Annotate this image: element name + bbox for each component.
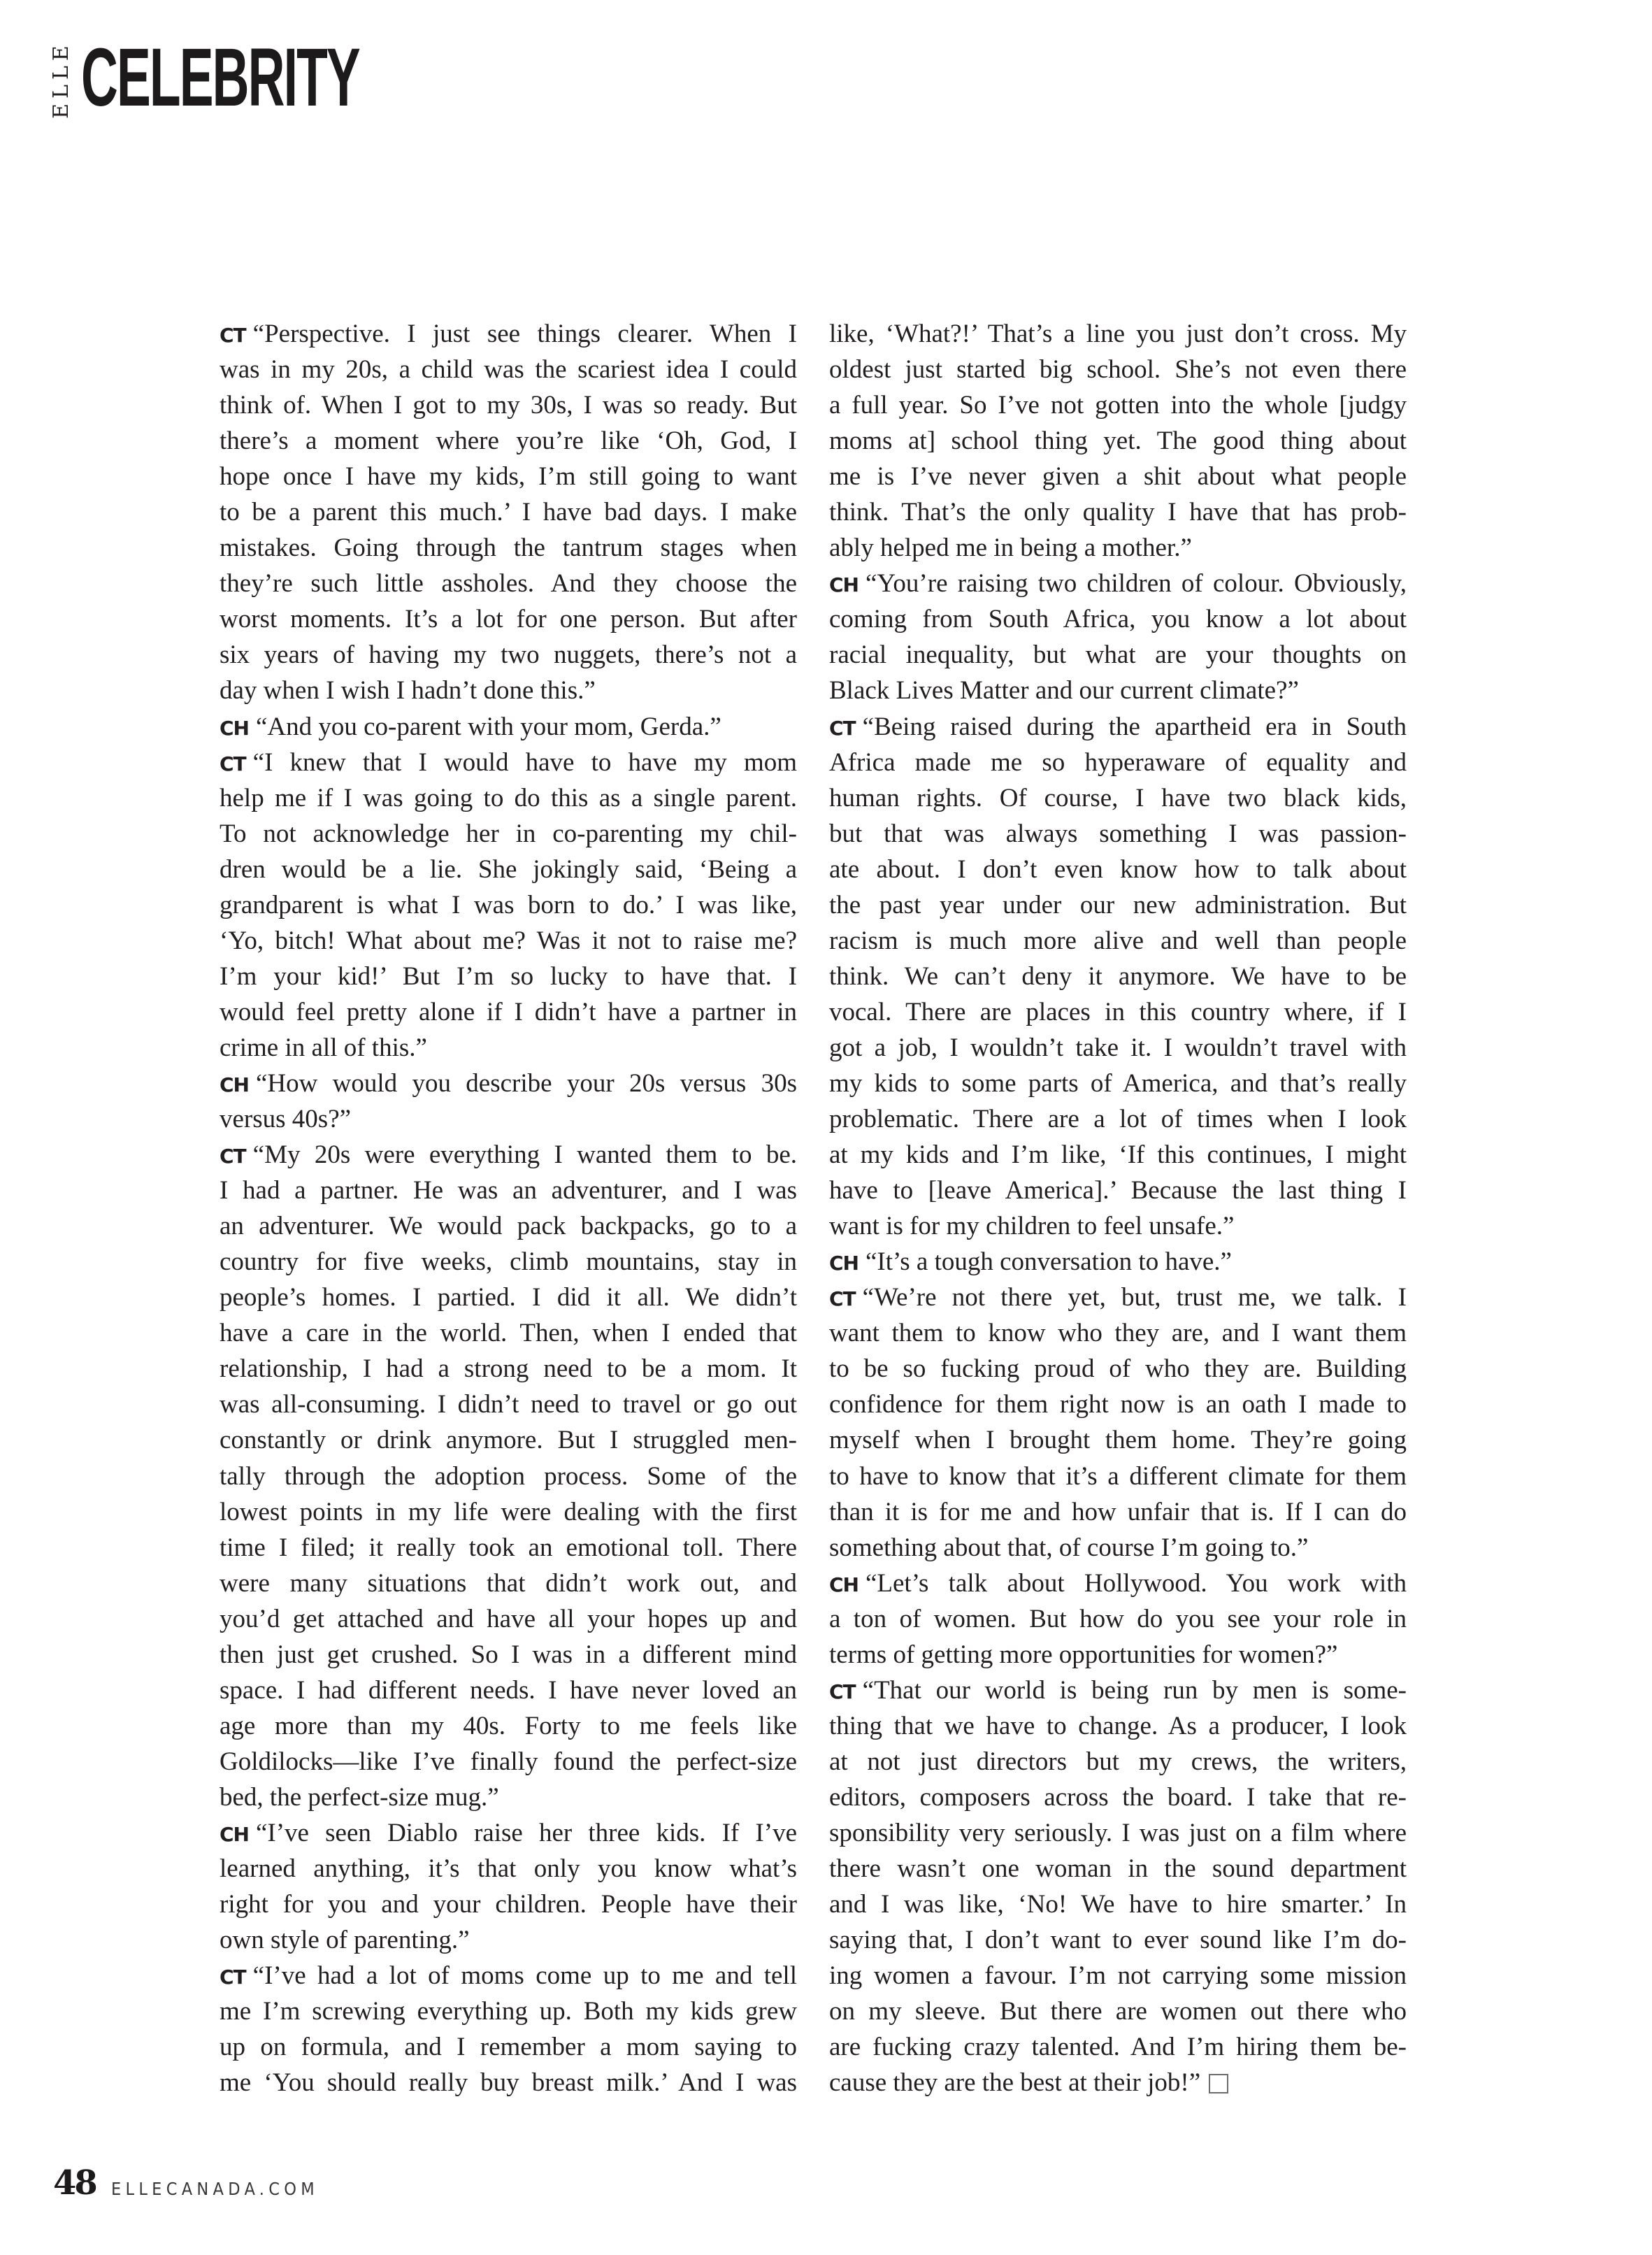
line-text: day when I wish I hadn’t done this.” — [220, 676, 596, 705]
text-line: me is I’ve never given a shit about what… — [829, 459, 1407, 494]
line-text: “That our world is being run by men is s… — [863, 1676, 1407, 1705]
text-column-left: CT“Perspective. I just see things cleare… — [220, 316, 797, 2100]
line-text: “I’ve had a lot of moms come up to me an… — [253, 1961, 797, 1990]
text-line: like, ‘What?!’ That’s a line you just do… — [829, 316, 1407, 352]
text-line: age more than my 40s. Forty to me feels … — [220, 1708, 797, 1744]
elle-logo-vertical: ELLE — [46, 43, 77, 116]
text-line: space. I had different needs. I have nev… — [220, 1673, 797, 1708]
text-line: constantly or drink anymore. But I strug… — [220, 1422, 797, 1458]
line-text: there wasn’t one woman in the sound depa… — [829, 1854, 1407, 1883]
line-text: ably helped me in being a mother.” — [829, 534, 1192, 562]
text-line: would feel pretty alone if I didn’t have… — [220, 994, 797, 1030]
line-text: want is for my children to feel unsafe.” — [829, 1212, 1234, 1240]
text-line: the past year under our new administrati… — [829, 887, 1407, 923]
text-line: have to [leave America].’ Because the la… — [829, 1173, 1407, 1208]
text-line: CT“I knew that I would have to have my m… — [220, 745, 797, 780]
text-line: think. We can’t deny it anymore. We have… — [829, 959, 1407, 994]
text-line: To not acknowledge her in co-parenting m… — [220, 816, 797, 852]
text-line: help me if I was going to do this as a s… — [220, 780, 797, 816]
line-text: at my kids and I’m like, ‘If this contin… — [829, 1140, 1407, 1169]
line-text: space. I had different needs. I have nev… — [220, 1676, 797, 1705]
text-line: got a job, I wouldn’t take it. I wouldn’… — [829, 1030, 1407, 1066]
line-text: hope once I have my kids, I’m still goin… — [220, 462, 797, 491]
text-line: CT“That our world is being run by men is… — [829, 1673, 1407, 1708]
line-text: an adventurer. We would pack backpacks, … — [220, 1212, 797, 1240]
text-line: oldest just started big school. She’s no… — [829, 352, 1407, 387]
line-text: worst moments. It’s a lot for one person… — [220, 605, 797, 633]
text-line: ‘Yo, bitch! What about me? Was it not to… — [220, 923, 797, 959]
text-line: Goldilocks—like I’ve finally found the p… — [220, 1744, 797, 1780]
text-line: you’d get attached and have all your hop… — [220, 1601, 797, 1637]
text-line: bed, the perfect-size mug.” — [220, 1780, 797, 1815]
line-text: a full year. So I’ve not gotten into the… — [829, 391, 1407, 420]
text-line: moms at] school thing yet. The good thin… — [829, 423, 1407, 459]
text-line: racism is much more alive and well than … — [829, 923, 1407, 959]
line-text: are fucking crazy talented. And I’m hiri… — [829, 2033, 1407, 2061]
text-line: Black Lives Matter and our current clima… — [829, 673, 1407, 708]
speaker-label: CH — [220, 1823, 249, 1846]
line-text: racial inequality, but what are your tho… — [829, 640, 1407, 669]
line-text: cause they are the best at their job!” — [829, 2068, 1200, 2097]
line-text: Goldilocks—like I’ve finally found the p… — [220, 1747, 797, 1776]
line-text: thing that we have to change. As a produ… — [829, 1712, 1407, 1740]
speaker-label: CT — [829, 1287, 856, 1310]
line-text: to have to know that it’s a different cl… — [829, 1462, 1407, 1491]
text-line: to have to know that it’s a different cl… — [829, 1459, 1407, 1494]
speaker-label: CT — [220, 752, 246, 775]
text-line: editors, composers across the board. I t… — [829, 1780, 1407, 1815]
line-text: and I was like, ‘No! We have to hire sma… — [829, 1890, 1407, 1919]
text-line: there’s a moment where you’re like ‘Oh, … — [220, 423, 797, 459]
line-text: think of. When I got to my 30s, I was so… — [220, 391, 797, 420]
text-line: sponsibility very seriously. I was just … — [829, 1815, 1407, 1851]
text-line: CH“And you co-parent with your mom, Gerd… — [220, 709, 797, 745]
text-line: versus 40s?” — [220, 1101, 797, 1137]
line-text: “I knew that I would have to have my mom — [253, 748, 797, 777]
line-text: I’m your kid!’ But I’m so lucky to have … — [220, 962, 797, 991]
text-line: Africa made me so hyperaware of equality… — [829, 745, 1407, 780]
speaker-label: CT — [220, 1966, 246, 1989]
line-text: editors, composers across the board. I t… — [829, 1783, 1407, 1812]
text-line: mistakes. Going through the tantrum stag… — [220, 530, 797, 566]
text-line: I’m your kid!’ But I’m so lucky to have … — [220, 959, 797, 994]
website-url: ELLECANADA.COM — [111, 2180, 319, 2198]
text-line: CT“We’re not there yet, but, trust me, w… — [829, 1280, 1407, 1315]
text-line: at my kids and I’m like, ‘If this contin… — [829, 1137, 1407, 1173]
line-text: got a job, I wouldn’t take it. I wouldn’… — [829, 1033, 1407, 1062]
text-line: crime in all of this.” — [220, 1030, 797, 1066]
line-text: ing women a favour. I’m not carrying som… — [829, 1961, 1407, 1990]
text-line: were many situations that didn’t work ou… — [220, 1566, 797, 1601]
speaker-label: CT — [829, 717, 856, 740]
line-text: versus 40s?” — [220, 1105, 351, 1133]
line-text: were many situations that didn’t work ou… — [220, 1569, 797, 1598]
line-text: to be a parent this much.’ I have bad da… — [220, 498, 797, 527]
line-text: grandparent is what I was born to do.’ I… — [220, 891, 797, 919]
line-text: time I filed; it really took an emotiona… — [220, 1533, 797, 1562]
line-text: “Being raised during the apartheid era i… — [863, 713, 1407, 741]
section-title: CELEBRITY — [81, 36, 359, 119]
text-line: coming from South Africa, you know a lot… — [829, 601, 1407, 637]
line-text: at not just directors but my crews, the … — [829, 1747, 1407, 1776]
line-text: would feel pretty alone if I didn’t have… — [220, 998, 797, 1026]
text-line: worst moments. It’s a lot for one person… — [220, 601, 797, 637]
line-text: “Let’s talk about Hollywood. You work wi… — [865, 1569, 1407, 1598]
text-line: human rights. Of course, I have two blac… — [829, 780, 1407, 816]
text-line: are fucking crazy talented. And I’m hiri… — [829, 2029, 1407, 2065]
line-text: me is I’ve never given a shit about what… — [829, 462, 1407, 491]
line-text: coming from South Africa, you know a lot… — [829, 605, 1407, 633]
text-line: people’s homes. I partied. I did it all.… — [220, 1280, 797, 1315]
line-text: to be so fucking proud of who they are. … — [829, 1354, 1407, 1383]
page-number: 48 — [53, 2166, 96, 2200]
text-line: want is for my children to feel unsafe.” — [829, 1208, 1407, 1244]
text-line: a full year. So I’ve not gotten into the… — [829, 387, 1407, 423]
line-text: “Perspective. I just see things clearer.… — [253, 320, 797, 348]
line-text: “I’ve seen Diablo raise her three kids. … — [256, 1819, 797, 1847]
speaker-label: CH — [220, 1073, 249, 1096]
text-line: CT“I’ve had a lot of moms come up to me … — [220, 1958, 797, 1993]
line-text: “It’s a tough conversation to have.” — [865, 1247, 1232, 1276]
line-text: ate about. I don’t even know how to talk… — [829, 855, 1407, 884]
page-footer: 48 ELLECANADA.COM — [53, 2168, 342, 2200]
line-text: have to [leave America].’ Because the la… — [829, 1176, 1407, 1205]
text-line: hope once I have my kids, I’m still goin… — [220, 459, 797, 494]
speaker-label: CT — [829, 1680, 856, 1703]
line-text: “You’re raising two children of colour. … — [865, 569, 1407, 598]
line-text: “We’re not there yet, but, trust me, we … — [863, 1283, 1407, 1312]
line-text: human rights. Of course, I have two blac… — [829, 784, 1407, 812]
line-text: was in my 20s, a child was the scariest … — [220, 355, 797, 384]
line-text: was all-consuming. I didn’t need to trav… — [220, 1390, 797, 1419]
text-line: me ‘You should really buy breast milk.’ … — [220, 2065, 797, 2100]
line-text: up on formula, and I remember a mom sayi… — [220, 2033, 797, 2061]
line-text: sponsibility very seriously. I was just … — [829, 1819, 1407, 1847]
text-line: there wasn’t one woman in the sound depa… — [829, 1851, 1407, 1887]
text-line: was in my 20s, a child was the scariest … — [220, 352, 797, 387]
text-line: day when I wish I hadn’t done this.” — [220, 673, 797, 708]
text-line: think. That’s the only quality I have th… — [829, 494, 1407, 530]
end-of-article-square-icon — [1209, 2074, 1228, 2093]
text-line: time I filed; it really took an emotiona… — [220, 1530, 797, 1566]
line-text: learned anything, it’s that only you kno… — [220, 1854, 797, 1883]
line-text: oldest just started big school. She’s no… — [829, 355, 1407, 384]
text-line: want them to know who they are, and I wa… — [829, 1315, 1407, 1351]
speaker-label: CT — [220, 1145, 246, 1168]
speaker-label: CH — [829, 1252, 859, 1275]
text-line: at not just directors but my crews, the … — [829, 1744, 1407, 1780]
line-text: confidence for them right now is an oath… — [829, 1390, 1407, 1419]
line-text: the past year under our new administrati… — [829, 891, 1407, 919]
line-text: on my sleeve. But there are women out th… — [829, 1997, 1407, 2026]
text-line: to be so fucking proud of who they are. … — [829, 1351, 1407, 1387]
line-text: tally through the adoption process. Some… — [220, 1462, 797, 1491]
text-line: an adventurer. We would pack backpacks, … — [220, 1208, 797, 1244]
line-text: ‘Yo, bitch! What about me? Was it not to… — [220, 926, 797, 955]
text-column-right: like, ‘What?!’ That’s a line you just do… — [829, 316, 1407, 2100]
speaker-label: CH — [829, 573, 859, 596]
line-text: there’s a moment where you’re like ‘Oh, … — [220, 427, 797, 455]
line-text: Black Lives Matter and our current clima… — [829, 676, 1299, 705]
line-text: want them to know who they are, and I wa… — [829, 1319, 1407, 1347]
line-text: constantly or drink anymore. But I strug… — [220, 1426, 797, 1454]
text-line: CT“Being raised during the apartheid era… — [829, 709, 1407, 745]
text-line: up on formula, and I remember a mom sayi… — [220, 2029, 797, 2065]
line-text: own style of parenting.” — [220, 1926, 470, 1954]
text-line: grandparent is what I was born to do.’ I… — [220, 887, 797, 923]
line-text: they’re such little assholes. And they c… — [220, 569, 797, 598]
line-text: “My 20s were everything I wanted them to… — [253, 1140, 797, 1169]
speaker-label: CT — [220, 324, 246, 347]
line-text: people’s homes. I partied. I did it all.… — [220, 1283, 797, 1312]
text-line: they’re such little assholes. And they c… — [220, 566, 797, 601]
line-text: me ‘You should really buy breast milk.’ … — [220, 2068, 797, 2097]
line-text: a ton of women. But how do you see your … — [829, 1605, 1407, 1633]
text-line: lowest points in my life were dealing wi… — [220, 1494, 797, 1530]
text-line: CH“You’re raising two children of colour… — [829, 566, 1407, 601]
text-line: dren would be a lie. She jokingly said, … — [220, 852, 797, 887]
text-line: have a care in the world. Then, when I e… — [220, 1315, 797, 1351]
text-line: something about that, of course I’m goin… — [829, 1530, 1407, 1566]
text-line: my kids to some parts of America, and th… — [829, 1066, 1407, 1101]
text-line: ing women a favour. I’m not carrying som… — [829, 1958, 1407, 1993]
line-text: but that was always something I was pass… — [829, 819, 1407, 848]
line-text: me I’m screwing everything up. Both my k… — [220, 1997, 797, 2026]
line-text: To not acknowledge her in co-parenting m… — [220, 819, 797, 848]
text-line: to be a parent this much.’ I have bad da… — [220, 494, 797, 530]
line-text: something about that, of course I’m goin… — [829, 1533, 1308, 1562]
text-line: country for five weeks, climb mountains,… — [220, 1244, 797, 1280]
line-text: six years of having my two nuggets, ther… — [220, 640, 797, 669]
text-line: CH“Let’s talk about Hollywood. You work … — [829, 1566, 1407, 1601]
line-text: myself when I brought them home. They’re… — [829, 1426, 1407, 1454]
text-line: CT“Perspective. I just see things cleare… — [220, 316, 797, 352]
text-line: relationship, I had a strong need to be … — [220, 1351, 797, 1387]
line-text: mistakes. Going through the tantrum stag… — [220, 534, 797, 562]
text-line: tally through the adoption process. Some… — [220, 1459, 797, 1494]
line-text: “How would you describe your 20s versus … — [256, 1069, 797, 1098]
line-text: I had a partner. He was an adventurer, a… — [220, 1176, 797, 1205]
text-line: CT“My 20s were everything I wanted them … — [220, 1137, 797, 1173]
text-line: a ton of women. But how do you see your … — [829, 1601, 1407, 1637]
line-text: my kids to some parts of America, and th… — [829, 1069, 1407, 1098]
text-line: own style of parenting.” — [220, 1922, 797, 1958]
text-line: was all-consuming. I didn’t need to trav… — [220, 1387, 797, 1422]
text-line: CH“How would you describe your 20s versu… — [220, 1066, 797, 1101]
text-line: racial inequality, but what are your tho… — [829, 637, 1407, 673]
speaker-label: CH — [829, 1573, 859, 1596]
line-text: then just get crushed. So I was in a dif… — [220, 1640, 797, 1669]
text-line: and I was like, ‘No! We have to hire sma… — [829, 1887, 1407, 1922]
line-text: lowest points in my life were dealing wi… — [220, 1498, 797, 1526]
line-text: like, ‘What?!’ That’s a line you just do… — [829, 320, 1407, 348]
text-line: then just get crushed. So I was in a dif… — [220, 1637, 797, 1673]
line-text: dren would be a lie. She jokingly said, … — [220, 855, 797, 884]
text-line: vocal. There are places in this country … — [829, 994, 1407, 1030]
line-text: age more than my 40s. Forty to me feels … — [220, 1712, 797, 1740]
line-text: think. That’s the only quality I have th… — [829, 498, 1407, 527]
text-line: right for you and your children. People … — [220, 1887, 797, 1922]
line-text: have a care in the world. Then, when I e… — [220, 1319, 797, 1347]
line-text: think. We can’t deny it anymore. We have… — [829, 962, 1407, 991]
text-line: CH“I’ve seen Diablo raise her three kids… — [220, 1815, 797, 1851]
line-text: than it is for me and how unfair that is… — [829, 1498, 1407, 1526]
elle-brand-text: ELLE — [51, 41, 72, 119]
text-line: me I’m screwing everything up. Both my k… — [220, 1993, 797, 2029]
line-text: relationship, I had a strong need to be … — [220, 1354, 797, 1383]
text-line: CH“It’s a tough conversation to have.” — [829, 1244, 1407, 1280]
text-line: think of. When I got to my 30s, I was so… — [220, 387, 797, 423]
text-line: myself when I brought them home. They’re… — [829, 1422, 1407, 1458]
line-text: moms at] school thing yet. The good thin… — [829, 427, 1407, 455]
text-line: on my sleeve. But there are women out th… — [829, 1993, 1407, 2029]
line-text: right for you and your children. People … — [220, 1890, 797, 1919]
text-line: ate about. I don’t even know how to talk… — [829, 852, 1407, 887]
line-text: vocal. There are places in this country … — [829, 998, 1407, 1026]
line-text: crime in all of this.” — [220, 1033, 427, 1062]
text-line: confidence for them right now is an oath… — [829, 1387, 1407, 1422]
text-line: than it is for me and how unfair that is… — [829, 1494, 1407, 1530]
text-line: I had a partner. He was an adventurer, a… — [220, 1173, 797, 1208]
line-text: racism is much more alive and well than … — [829, 926, 1407, 955]
text-line: cause they are the best at their job!” — [829, 2065, 1407, 2100]
text-line: terms of getting more opportunities for … — [829, 1637, 1407, 1673]
line-text: terms of getting more opportunities for … — [829, 1640, 1337, 1669]
text-line: problematic. There are a lot of times wh… — [829, 1101, 1407, 1137]
line-text: help me if I was going to do this as a s… — [220, 784, 797, 812]
text-line: ably helped me in being a mother.” — [829, 530, 1407, 566]
line-text: country for five weeks, climb mountains,… — [220, 1247, 797, 1276]
speaker-label: CH — [220, 717, 249, 740]
text-line: six years of having my two nuggets, ther… — [220, 637, 797, 673]
text-line: learned anything, it’s that only you kno… — [220, 1851, 797, 1887]
line-text: saying that, I don’t want to ever sound … — [829, 1926, 1407, 1954]
line-text: “And you co-parent with your mom, Gerda.… — [256, 713, 721, 741]
line-text: you’d get attached and have all your hop… — [220, 1605, 797, 1633]
line-text: Africa made me so hyperaware of equality… — [829, 748, 1407, 777]
text-line: thing that we have to change. As a produ… — [829, 1708, 1407, 1744]
line-text: bed, the perfect-size mug.” — [220, 1783, 499, 1812]
text-line: but that was always something I was pass… — [829, 816, 1407, 852]
text-line: saying that, I don’t want to ever sound … — [829, 1922, 1407, 1958]
line-text: problematic. There are a lot of times wh… — [829, 1105, 1407, 1133]
